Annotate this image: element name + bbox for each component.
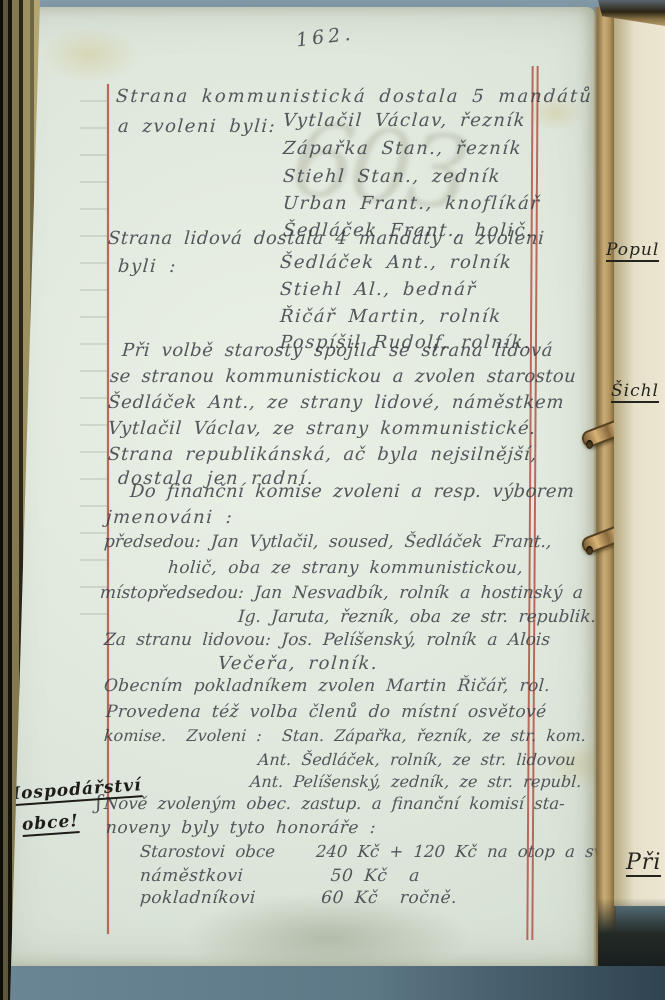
bleed-through-rule — [80, 478, 107, 480]
stitch-hole-top — [586, 440, 593, 449]
handwritten-line: pokladníkovi 60 Kč ročně. — [139, 888, 458, 908]
bleed-through-rule — [80, 127, 107, 129]
handwritten-line: předsedou: Jan Vytlačil, soused, Šedláče… — [103, 532, 552, 552]
book-photo: 603 162. Strana kommunistická dostala 5 … — [0, 0, 665, 1000]
handwritten-line: Vytlačil Václav, řezník — [282, 110, 527, 131]
bleed-through-rule — [80, 397, 107, 399]
handwritten-line: Ant. Pelíšenský, zedník, ze str. republ. — [249, 772, 582, 791]
handwritten-line: Vytlačil Václav, ze strany kommunistické… — [107, 418, 536, 439]
bleed-through-rule — [80, 316, 107, 318]
bleed-through-rule — [80, 289, 107, 291]
handwritten-line: Nově zvoleným obec. zastup. a finanční k… — [103, 794, 565, 813]
bleed-through-rule — [80, 424, 107, 426]
handwritten-line: Provedena též volba členů do místní osvě… — [105, 702, 547, 722]
handwritten-line: Strana republikánská, ač byla nejsilnějš… — [107, 444, 538, 465]
bleed-through-rule — [80, 181, 107, 183]
bleed-through-rule — [80, 532, 107, 534]
handwritten-line: Stiehl Al., bednář — [279, 279, 477, 300]
handwritten-line: náměstkovi 50 Kč a — [139, 866, 420, 886]
next-page-edge — [614, 18, 665, 906]
bleed-through-rule — [80, 559, 107, 561]
book-gutter — [593, 7, 616, 966]
bleed-through-rule — [80, 505, 107, 507]
bleed-through-rule — [80, 100, 107, 102]
bleed-through-rule — [80, 370, 107, 372]
bleed-through-rule — [80, 235, 107, 237]
handwritten-line: jmenováni : — [105, 507, 234, 528]
handwritten-line: Ig. Jaruta, řezník, oba ze str. republik… — [237, 607, 596, 627]
handwritten-line: místopředsedou: Jan Nesvadbík, rolník a … — [99, 583, 583, 603]
handwritten-line: se stranou kommunistickou a zvolen staro… — [109, 366, 577, 387]
bleed-through-rule — [80, 613, 107, 615]
next-page-margin-note: Šichl — [611, 381, 659, 403]
stitch-hole-bottom — [586, 546, 593, 555]
handwritten-line: Večeřa, rolník. — [217, 653, 379, 674]
handwritten-line: Šedláček Ant., ze strany lidové, náměstk… — [107, 392, 565, 413]
handwritten-line: byli : — [117, 256, 177, 277]
handwritten-line: Šedláček Ant., rolník — [279, 252, 513, 273]
next-page-margin-note: Při — [626, 850, 661, 877]
handwritten-line: komise. Zvoleni : Stan. Zápařka, řezník,… — [103, 726, 586, 745]
handwritten-line: Do finanční komise zvoleni a resp. výbor… — [129, 481, 575, 502]
bleed-through-rule — [80, 343, 107, 345]
bleed-through-rule — [80, 208, 107, 210]
bleed-through-rule — [80, 451, 107, 453]
handwritten-line: Řičář Martin, rolník — [279, 306, 502, 327]
handwritten-line: holič, oba ze strany kommunistickou, — [167, 558, 524, 578]
margin-note-line-2: obce! — [21, 811, 79, 837]
handwritten-line: Zápařka Stan., řezník — [282, 138, 522, 159]
handwritten-line: Starostovi obce 240 Kč + 120 Kč na otop … — [139, 842, 640, 861]
handwritten-line: Urban Frant., knoflíkář — [282, 193, 541, 214]
table-surface — [0, 966, 665, 1000]
bleed-through-rule — [80, 154, 107, 156]
bleed-through-rule — [80, 262, 107, 264]
handwritten-line: noveny byly tyto honoráře : — [105, 818, 376, 838]
next-page-margin-note: Popul — [606, 240, 659, 262]
handwritten-line: Strana kommunistická dostala 5 mandátů — [115, 86, 593, 107]
handwritten-line: Strana lidová dostala 4 mandáty a zvolen… — [107, 228, 545, 249]
handwritten-line: Ant. Šedláček, rolník, ze str. lidovou — [257, 750, 576, 769]
handwritten-line: Při volbě starosty spojila se strana lid… — [121, 340, 554, 361]
handwritten-line: Za stranu lidovou: Jos. Pelíšenský, roln… — [103, 630, 550, 650]
handwritten-line: a zvoleni byli: — [117, 116, 277, 137]
handwritten-line: Obecním pokladníkem zvolen Martin Řičář,… — [103, 676, 550, 696]
handwritten-line: Stiehl Stan., zedník — [282, 166, 501, 187]
